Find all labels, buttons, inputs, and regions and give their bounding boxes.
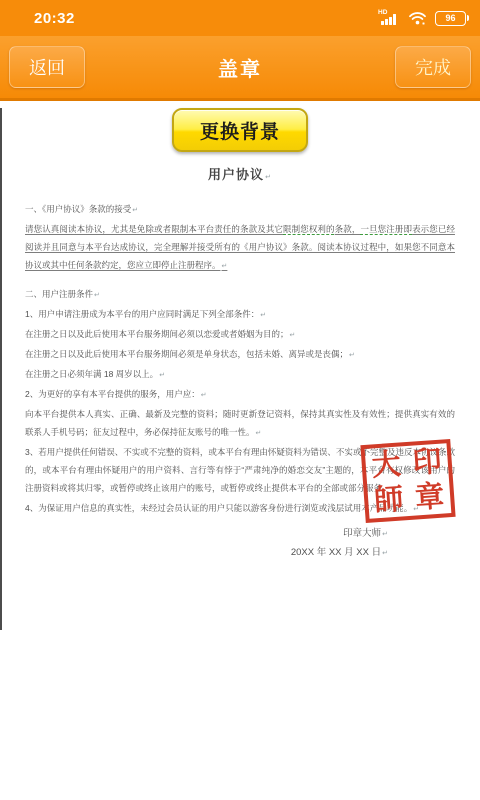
doc-paragraph: 二、用户注册条件↵ [25,285,455,305]
back-button[interactable]: 返回 [9,46,85,88]
cell-signal-icon: HD [378,10,400,26]
return-mark: ↵ [222,263,228,270]
doc-paragraph: 一、《用户协议》条款的接受↵ [25,200,455,220]
document-title: 用户协议↵ [0,164,480,183]
return-mark: ↵ [201,392,207,399]
doc-paragraph: 向本平台提供本人真实、正确、最新及完整的资料；随时更新登记资料，保持其真实性及有… [25,405,455,443]
app-screen: 20:32 HD 96 返回 盖章 完成 更换背景 用户协议↵ [0,0,480,800]
seal-stamp[interactable]: 大印師章 [360,439,455,523]
return-mark: ↵ [349,352,355,359]
doc-paragraph: 2、为更好的享有本平台提供的服务，用户应：↵ [25,385,455,405]
return-mark: ↵ [382,531,388,538]
done-button[interactable]: 完成 [395,46,471,88]
return-mark: ↵ [94,292,100,299]
stamp-character: 大 [371,449,402,481]
signature: 印章大师↵ [0,525,388,544]
return-mark: ↵ [159,372,165,379]
change-background-button[interactable]: 更换背景 [172,108,308,152]
stamp-character: 章 [414,481,445,513]
battery-level: 96 [445,13,455,23]
return-mark: ↵ [265,174,272,181]
clock: 20:32 [34,10,75,27]
document-canvas[interactable]: 更换背景 用户协议↵ 一、《用户协议》条款的接受↵请您认真阅读本协议，尤其是免除… [0,108,480,800]
doc-paragraph: 请您认真阅读本协议，尤其是免除或者限制本平台责任的条款及其它限制您权利的条款，一… [25,220,455,276]
battery-icon: 96 [435,11,466,26]
doc-paragraph: 1、用户申请注册成为本平台的用户应同时满足下列全部条件：↵ [25,305,455,325]
stamp-character: 印 [412,446,443,478]
doc-paragraph: 在注册之日必须年满 18 周岁以上。↵ [25,365,455,385]
return-mark: ↵ [290,332,296,339]
stamp-character: 師 [373,484,404,516]
status-bar: 20:32 HD 96 [0,0,480,36]
wifi-icon [409,12,426,25]
status-icons: HD 96 [378,10,466,26]
signature-date: 20XX 年 XX 月 XX 日↵ [0,544,388,563]
return-mark: ↵ [256,430,262,437]
header: 返回 盖章 完成 [0,36,480,101]
return-mark: ↵ [382,550,388,557]
doc-paragraph: 在注册之日以及此后使用本平台服务期间必须以恋爱或者婚姻为目的；↵ [25,325,455,345]
doc-paragraph: 在注册之日以及此后使用本平台服务期间必须是单身状态，包括未婚、离异或是丧偶；↵ [25,345,455,365]
page-left-edge [0,108,2,630]
return-mark: ↵ [132,207,138,214]
return-mark: ↵ [260,312,266,319]
signature-block: 印章大师↵ 20XX 年 XX 月 XX 日↵ [0,525,480,563]
